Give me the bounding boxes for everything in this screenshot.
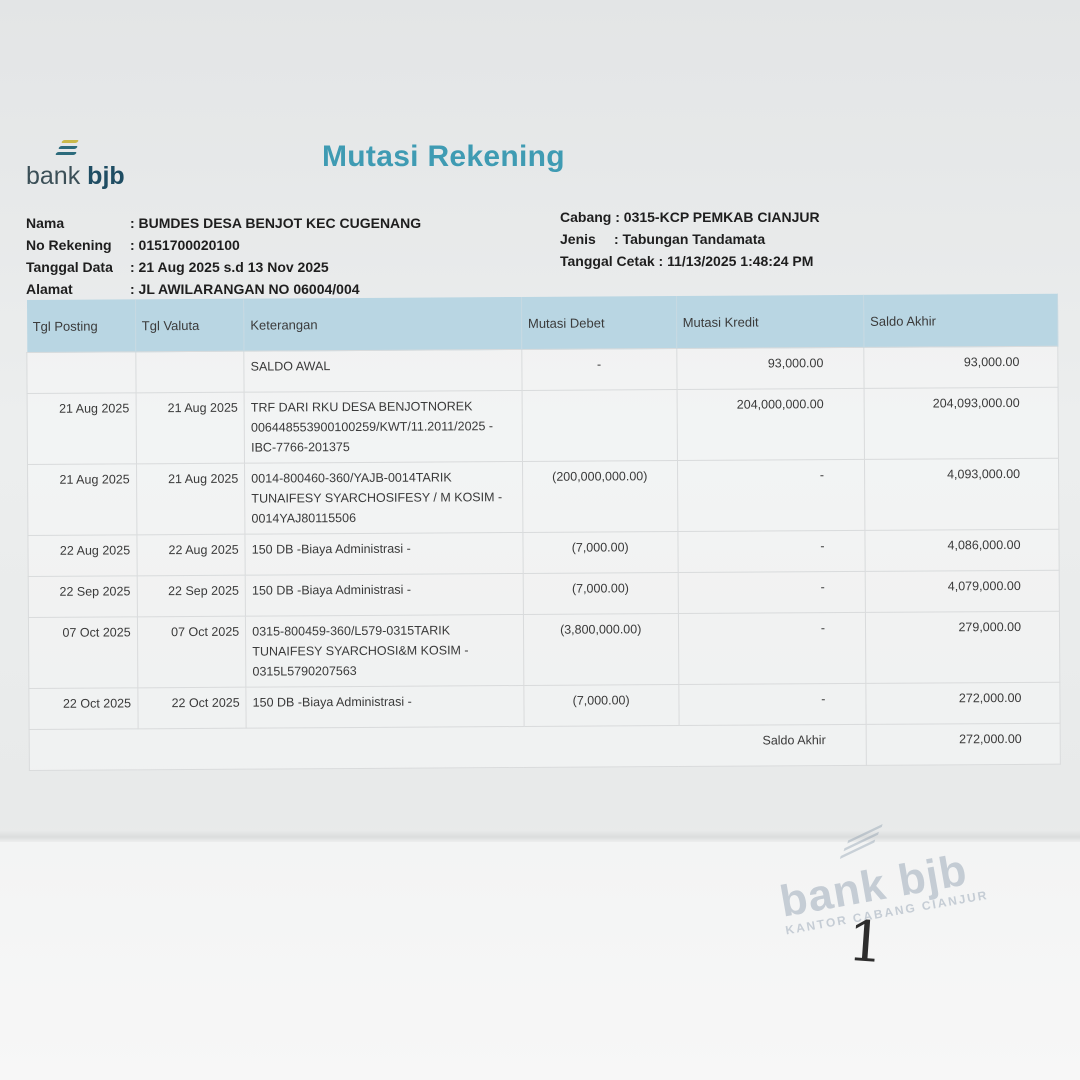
cell-saldo-akhir: 272,000.00 [866, 682, 1060, 724]
table-row: 21 Aug 202521 Aug 20250014-800460-360/YA… [28, 458, 1059, 535]
cell-keterangan: 0315-800459-360/L579-0315TARIK TUNAIFESY… [246, 614, 524, 687]
cell-mutasi-kredit: 93,000.00 [676, 347, 864, 389]
cell-saldo-akhir: 279,000.00 [865, 611, 1059, 683]
account-info-right: Cabang : 0315-KCP PEMKAB CIANJUR Jenis: … [560, 206, 820, 272]
cell-tgl-valuta [135, 351, 244, 393]
cell-mutasi-kredit: - [677, 530, 865, 572]
header-tgl-posting: Tgl Posting [26, 299, 135, 352]
cell-saldo-akhir: 204,093,000.00 [864, 387, 1058, 459]
table-row: 22 Sep 202522 Sep 2025150 DB -Biaya Admi… [28, 570, 1059, 617]
cell-tgl-valuta: 22 Sep 2025 [137, 575, 246, 617]
cell-keterangan: 0014-800460-360/YAJB-0014TARIK TUNAIFESY… [245, 461, 523, 534]
cell-keterangan: 150 DB -Biaya Administrasi - [246, 685, 524, 728]
cell-saldo-akhir: 4,093,000.00 [864, 458, 1058, 530]
info-no-rekening: No Rekening: 0151700020100 [26, 234, 421, 256]
cell-keterangan: 150 DB -Biaya Administrasi - [245, 573, 523, 616]
cell-tgl-posting: 22 Aug 2025 [28, 535, 137, 577]
table-footer-total: Saldo Akhir 272,000.00 [29, 723, 1060, 770]
info-tanggal-data: Tanggal Data: 21 Aug 2025 s.d 13 Nov 202… [26, 256, 421, 278]
table-row: SALDO AWAL-93,000.0093,000.00 [27, 346, 1058, 393]
cell-mutasi-debet: (7,000.00) [523, 532, 678, 574]
statement-page: bank bjb Mutasi Rekening Nama: BUMDES DE… [0, 0, 1080, 1080]
total-value: 272,000.00 [866, 723, 1060, 765]
table-body: SALDO AWAL-93,000.0093,000.0021 Aug 2025… [27, 346, 1060, 729]
cell-mutasi-debet [522, 390, 677, 462]
cell-saldo-akhir: 4,086,000.00 [865, 529, 1059, 571]
header-mutasi-debet: Mutasi Debet [521, 296, 676, 349]
cell-mutasi-debet: (200,000,000.00) [522, 461, 677, 533]
cell-tgl-valuta: 21 Aug 2025 [136, 392, 245, 464]
cell-tgl-valuta: 22 Oct 2025 [137, 687, 246, 729]
table-row: 22 Aug 202522 Aug 2025150 DB -Biaya Admi… [28, 529, 1059, 576]
cell-mutasi-debet: (3,800,000.00) [523, 614, 678, 686]
cell-tgl-valuta: 22 Aug 2025 [137, 534, 246, 576]
cell-mutasi-debet: (7,000.00) [524, 685, 679, 727]
cell-keterangan: TRF DARI RKU DESA BENJOTNOREK 0064485539… [244, 390, 522, 463]
cell-tgl-posting: 21 Aug 2025 [27, 393, 136, 465]
total-label: Saldo Akhir [29, 724, 866, 770]
cell-tgl-valuta: 21 Aug 2025 [136, 463, 245, 535]
cell-tgl-posting: 22 Oct 2025 [29, 688, 138, 730]
page-title: Mutasi Rekening [322, 140, 565, 174]
cell-saldo-akhir: 93,000.00 [864, 346, 1058, 388]
cell-keterangan: SALDO AWAL [244, 349, 522, 392]
info-jenis: Jenis: Tabungan Tandamata [560, 228, 820, 250]
table-row: 07 Oct 202507 Oct 20250315-800459-360/L5… [28, 611, 1059, 688]
cell-tgl-valuta: 07 Oct 2025 [137, 616, 246, 688]
bank-logo-icon [56, 138, 84, 160]
table-row: 22 Oct 202522 Oct 2025150 DB -Biaya Admi… [29, 682, 1060, 729]
account-info-left: Nama: BUMDES DESA BENJOT KEC CUGENANG No… [26, 212, 421, 300]
cell-mutasi-kredit: - [678, 571, 866, 613]
handwritten-page-number: 1 [846, 909, 886, 976]
cell-mutasi-debet: (7,000.00) [523, 573, 678, 615]
cell-mutasi-kredit: - [678, 683, 866, 725]
cell-keterangan: 150 DB -Biaya Administrasi - [245, 532, 523, 575]
cell-tgl-posting: 22 Sep 2025 [28, 576, 137, 618]
info-alamat: Alamat: JL AWILARANGAN NO 06004/004 [26, 278, 421, 300]
cell-mutasi-debet: - [522, 349, 677, 391]
logo-prefix: bank [26, 162, 80, 190]
cell-mutasi-kredit: - [677, 459, 865, 531]
table-header: Tgl Posting Tgl Valuta Keterangan Mutasi… [26, 294, 1057, 353]
cell-tgl-posting [27, 352, 136, 394]
header-mutasi-kredit: Mutasi Kredit [676, 295, 864, 349]
transaction-table: Tgl Posting Tgl Valuta Keterangan Mutasi… [26, 294, 1061, 771]
header-keterangan: Keterangan [244, 297, 522, 351]
cell-tgl-posting: 07 Oct 2025 [28, 617, 137, 689]
cell-mutasi-kredit: 204,000,000.00 [677, 388, 865, 460]
cell-tgl-posting: 21 Aug 2025 [28, 464, 137, 536]
info-cabang: Cabang : 0315-KCP PEMKAB CIANJUR [560, 206, 820, 228]
cell-saldo-akhir: 4,079,000.00 [865, 570, 1059, 612]
cell-mutasi-kredit: - [678, 612, 866, 684]
info-nama: Nama: BUMDES DESA BENJOT KEC CUGENANG [26, 212, 421, 234]
header-saldo-akhir: Saldo Akhir [863, 294, 1057, 348]
table-row: 21 Aug 202521 Aug 2025TRF DARI RKU DESA … [27, 387, 1058, 464]
header-tgl-valuta: Tgl Valuta [135, 299, 244, 352]
info-tanggal-cetak: Tanggal Cetak : 11/13/2025 1:48:24 PM [560, 250, 820, 272]
logo-brand: bjb [87, 162, 125, 190]
